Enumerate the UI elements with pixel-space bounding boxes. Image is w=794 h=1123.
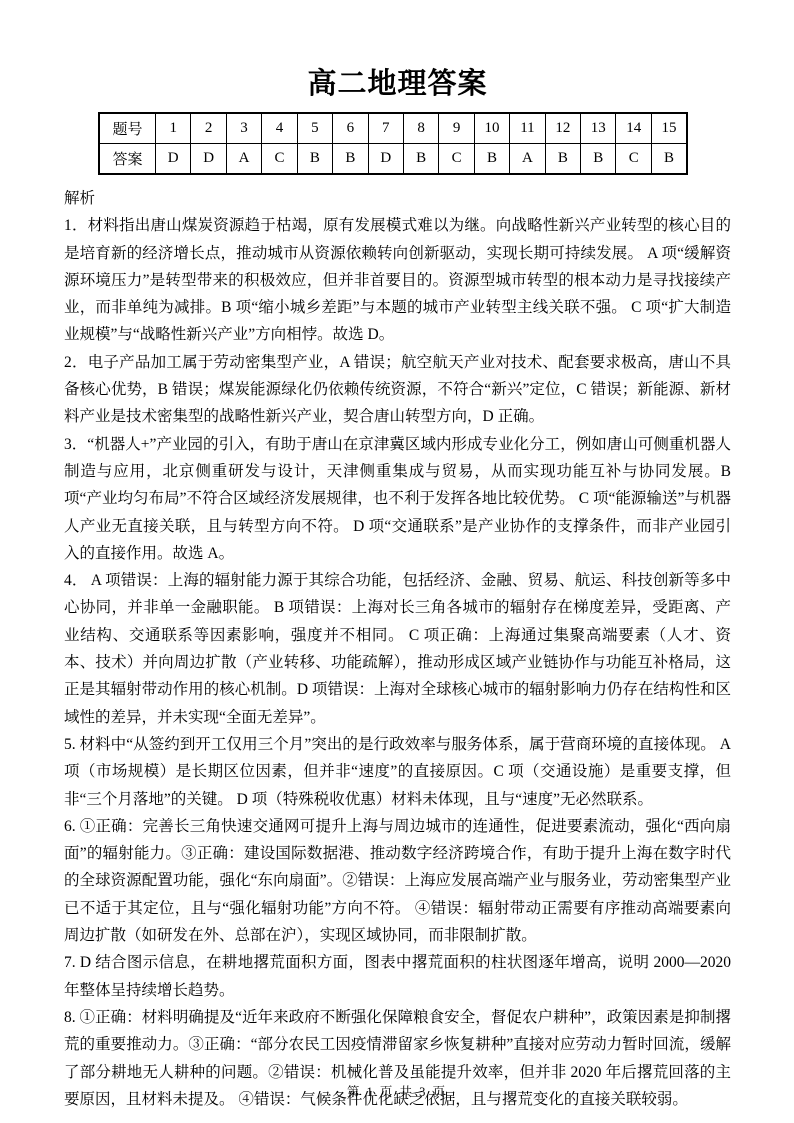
document-page: 高二地理答案 题号 1 2 3 4 5 6 7 8 9 10 11 12 13 … <box>0 0 794 1123</box>
question-number-cell: 13 <box>581 113 616 144</box>
analysis-heading: 解析 <box>64 185 731 212</box>
question-number-cell: 14 <box>616 113 651 144</box>
analysis-section: 解析 1．材料指出唐山煤炭资源趋于枯竭，原有发展模式难以为继。向战略性新兴产业转… <box>64 185 731 1113</box>
answer-cell: D <box>156 144 191 175</box>
answer-cell: B <box>333 144 368 175</box>
question-number-cell: 2 <box>191 113 226 144</box>
answer-cell: A <box>226 144 261 175</box>
analysis-item-3: 3．“机器人+”产业园的引入，有助于唐山在京津冀区域内形成专业化分工，例如唐山可… <box>64 431 731 567</box>
question-number-cell: 10 <box>474 113 509 144</box>
analysis-item-4: 4． A 项错误：上海的辐射能力源于其综合功能，包括经济、金融、贸易、航运、科技… <box>64 567 731 731</box>
question-number-cell: 9 <box>439 113 474 144</box>
answer-cell: C <box>439 144 474 175</box>
answer-cell: B <box>651 144 687 175</box>
question-number-cell: 6 <box>333 113 368 144</box>
question-number-cell: 11 <box>510 113 545 144</box>
question-number-cell: 5 <box>297 113 332 144</box>
answer-key-table: 题号 1 2 3 4 5 6 7 8 9 10 11 12 13 14 15 答… <box>98 112 688 175</box>
answer-cell: D <box>191 144 226 175</box>
answer-cell: B <box>403 144 438 175</box>
answer-cell: A <box>510 144 545 175</box>
question-number-cell: 15 <box>651 113 687 144</box>
page-title: 高二地理答案 <box>64 68 731 100</box>
answer-cell: B <box>297 144 332 175</box>
question-number-cell: 8 <box>403 113 438 144</box>
question-number-cell: 12 <box>545 113 580 144</box>
analysis-item-5: 5. 材料中“从签约到开工仅用三个月”突出的是行政效率与服务体系，属于营商环境的… <box>64 731 731 813</box>
question-number-cell: 3 <box>226 113 261 144</box>
answer-cell: B <box>545 144 580 175</box>
answer-row-label: 答案 <box>99 144 156 175</box>
question-number-row: 题号 1 2 3 4 5 6 7 8 9 10 11 12 13 14 15 <box>99 113 687 144</box>
page-number-footer: 第 1 页 共 3 页 <box>0 1082 794 1100</box>
answer-cell: D <box>368 144 403 175</box>
answer-cell: B <box>474 144 509 175</box>
question-number-cell: 4 <box>262 113 297 144</box>
question-number-cell: 7 <box>368 113 403 144</box>
analysis-item-2: 2．电子产品加工属于劳动密集型产业，A 错误；航空航天产业对技术、配套要求极高，… <box>64 349 731 431</box>
answer-cell: B <box>581 144 616 175</box>
answer-row: 答案 D D A C B B D B C B A B B C B <box>99 144 687 175</box>
question-number-row-label: 题号 <box>99 113 156 144</box>
analysis-item-7: 7. D 结合图示信息，在耕地撂荒面积方面，图表中撂荒面积的柱状图逐年增高，说明… <box>64 949 731 1004</box>
question-number-cell: 1 <box>156 113 191 144</box>
answer-cell: C <box>262 144 297 175</box>
analysis-item-6: 6. ①正确：完善长三角快速交通网可提升上海与周边城市的连通性，促进要素流动，强… <box>64 813 731 949</box>
analysis-item-1: 1．材料指出唐山煤炭资源趋于枯竭，原有发展模式难以为继。向战略性新兴产业转型的核… <box>64 212 731 348</box>
answer-cell: C <box>616 144 651 175</box>
